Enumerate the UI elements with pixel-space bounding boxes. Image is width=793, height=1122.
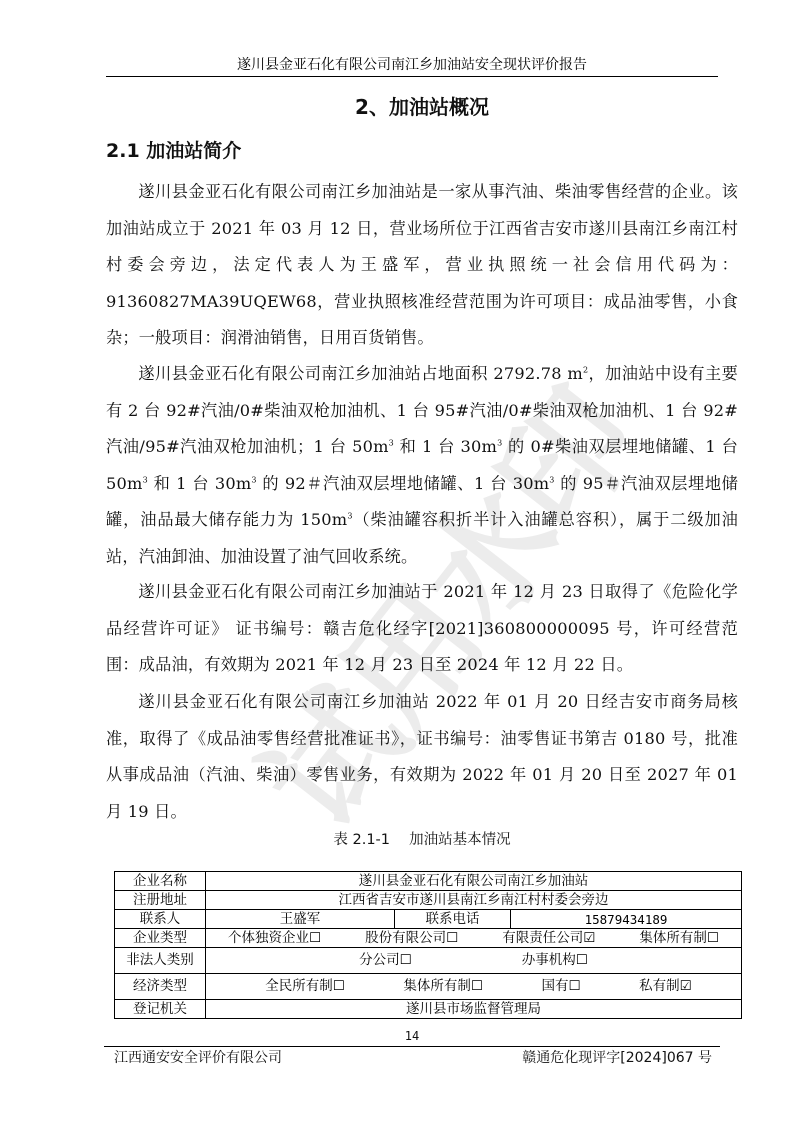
checkbox-option: 私有制☑: [639, 978, 692, 995]
page-header: 遂川县金亚石化有限公司南江乡加油站安全现状评价报告: [106, 56, 718, 77]
station-info-table: 企业名称 遂川县金亚石化有限公司南江乡加油站 注册地址 江西省吉安市遂川县南江乡…: [114, 871, 742, 1019]
cell-value: 王盛军: [206, 910, 395, 929]
cell-label: 注册地址: [115, 891, 206, 910]
checkbox-option: 有限责任公司☑: [502, 930, 595, 947]
checkbox-option: 集体所有制☐: [639, 930, 719, 947]
checkbox-option: 股份有限公司☐: [365, 930, 458, 947]
cell-label: 经济类型: [115, 974, 206, 1000]
table-row: 登记机关 遂川县市场监督管理局: [115, 1000, 742, 1019]
table-row: 注册地址 江西省吉安市遂川县南江乡南江村村委会旁边: [115, 891, 742, 910]
checkbox-option: 个体独资企业☐: [228, 930, 321, 947]
cell-options: 个体独资企业☐ 股份有限公司☐ 有限责任公司☑ 集体所有制☐: [206, 929, 742, 948]
cell-label: 登记机关: [115, 1000, 206, 1019]
checkbox-option: 办事机构☐: [522, 952, 588, 969]
cell-label: 非法人类别: [115, 948, 206, 974]
page-number: 14: [106, 1028, 718, 1044]
paragraph-facilities: 遂川县金亚石化有限公司南江乡加油站占地面积 2792.78 m2，加油站中设有主…: [106, 356, 738, 575]
paragraph-overview: 遂川县金亚石化有限公司南江乡加油站是一家从事汽油、柴油零售经营的企业。该加油站成…: [106, 174, 738, 357]
text-segment: 和 1 台 30m: [148, 474, 252, 493]
table-row: 非法人类别 分公司☐ 办事机构☐: [115, 948, 742, 974]
cell-options: 全民所有制☐ 集体所有制☐ 国有☐ 私有制☑: [206, 974, 742, 1000]
table-row: 企业名称 遂川县金亚石化有限公司南江乡加油站: [115, 872, 742, 891]
cell-label: 联系电话: [395, 910, 511, 929]
checkbox-option: 国有☐: [542, 978, 581, 995]
chapter-title: 2、加油站概况: [106, 92, 738, 122]
page-footer: 江西通安安全评价有限公司 赣通危化现评字[2024]067 号: [104, 1046, 720, 1069]
cell-label: 企业类型: [115, 929, 206, 948]
footer-company: 江西通安安全评价有限公司: [104, 1047, 290, 1069]
table-row: 企业类型 个体独资企业☐ 股份有限公司☐ 有限责任公司☑ 集体所有制☐: [115, 929, 742, 948]
footer-report-number: 赣通危化现评字[2024]067 号: [512, 1047, 720, 1069]
table-caption: 表 2.1-1 加油站基本情况: [106, 829, 738, 851]
checkbox-option: 全民所有制☐: [265, 978, 345, 995]
cell-value: 15879434189: [511, 910, 742, 929]
table-row: 联系人 王盛军 联系电话 15879434189: [115, 910, 742, 929]
table-row: 经济类型 全民所有制☐ 集体所有制☐ 国有☐ 私有制☑: [115, 974, 742, 1000]
section-title: 2.1 加油站简介: [106, 136, 241, 166]
checkbox-option: 集体所有制☐: [403, 978, 483, 995]
cell-value: 遂川县金亚石化有限公司南江乡加油站: [206, 872, 742, 891]
cell-label: 企业名称: [115, 872, 206, 891]
text-segment: 和 1 台 30m: [394, 437, 497, 456]
cell-label: 联系人: [115, 910, 206, 929]
text-segment: 的 92＃汽油双层埋地储罐、1 台 30m: [257, 474, 550, 493]
cell-value: 江西省吉安市遂川县南江乡南江村村委会旁边: [206, 891, 742, 910]
paragraph-hazchem-license: 遂川县金亚石化有限公司南江乡加油站于 2021 年 12 月 23 日取得了《危…: [106, 574, 738, 684]
cell-value: 遂川县市场监督管理局: [206, 1000, 742, 1019]
paragraph-retail-license: 遂川县金亚石化有限公司南江乡加油站 2022 年 01 月 20 日经吉安市商务…: [106, 684, 738, 830]
text-segment: 遂川县金亚石化有限公司南江乡加油站占地面积 2792.78 m: [138, 364, 583, 383]
cell-options: 分公司☐ 办事机构☐: [206, 948, 742, 974]
checkbox-option: 分公司☐: [359, 952, 412, 969]
